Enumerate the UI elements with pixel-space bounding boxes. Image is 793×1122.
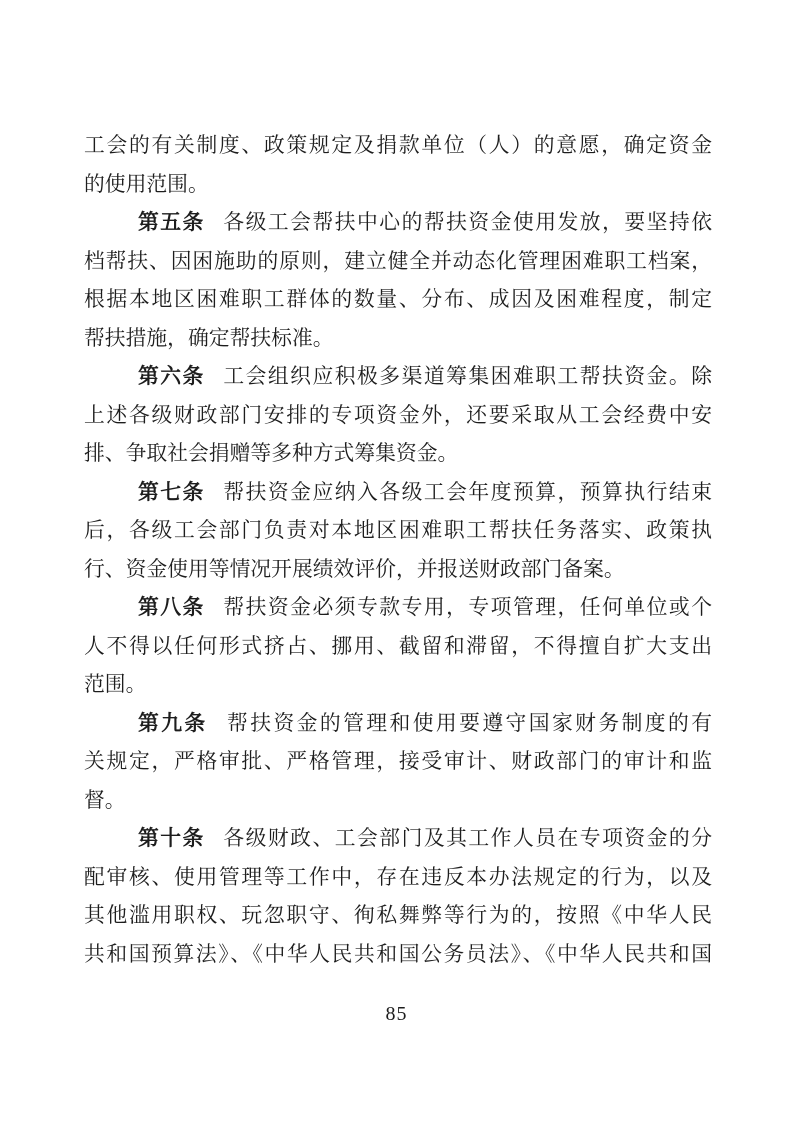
body-text: 帮扶资金必须专款专用，专项管理，任何单位或个 <box>222 596 712 619</box>
body-text: 督。 <box>84 789 126 812</box>
article-number: 第五条 <box>138 211 205 234</box>
body-text: 人不得以任何形式挤占、挪用、截留和滞留，不得擅自扩大支出 <box>84 635 712 658</box>
body-text: 各级财政、工会部门及其工作人员在专项资金的分 <box>222 827 712 850</box>
text-line: 人不得以任何形式挤占、挪用、截留和滞留，不得擅自扩大支出 <box>84 628 712 667</box>
text-line: 其他滥用职权、玩忽职守、徇私舞弊等行为的，按照《中华人民 <box>84 897 712 936</box>
body-text: 工会的有关制度、政策规定及捐款单位（人）的意愿，确定资金 <box>84 134 712 157</box>
body-text: 后，各级工会部门负责对本地区困难职工帮扶任务落实、政策执 <box>84 519 712 542</box>
text-line: 第六条工会组织应积极多渠道筹集困难职工帮扶资金。除 <box>84 358 712 397</box>
body-text: 其他滥用职权、玩忽职守、徇私舞弊等行为的，按照《中华人民 <box>84 904 712 927</box>
text-line: 范围。 <box>84 666 712 705</box>
text-line: 档帮扶、因困施助的原则，建立健全并动态化管理困难职工档案， <box>84 243 712 282</box>
text-line: 第八条帮扶资金必须专款专用，专项管理，任何单位或个 <box>84 589 712 628</box>
text-line: 督。 <box>84 782 712 821</box>
text-block: 工会的有关制度、政策规定及捐款单位（人）的意愿，确定资金的使用范围。第五条各级工… <box>84 127 712 974</box>
body-text: 排、争取社会捐赠等多种方式筹集资金。 <box>84 442 458 465</box>
body-text: 上述各级财政部门安排的专项资金外，还要采取从工会经费中安 <box>84 404 712 427</box>
text-line: 第十条各级财政、工会部门及其工作人员在专项资金的分 <box>84 820 712 859</box>
body-text: 共和国预算法》、《中华人民共和国公务员法》、《中华人民共和国 <box>84 943 712 966</box>
text-line: 排、争取社会捐赠等多种方式筹集资金。 <box>84 435 712 474</box>
text-line: 关规定，严格审批、严格管理，接受审计、财政部门的审计和监 <box>84 743 712 782</box>
text-line: 上述各级财政部门安排的专项资金外，还要采取从工会经费中安 <box>84 397 712 436</box>
text-line: 的使用范围。 <box>84 166 712 205</box>
article-number: 第六条 <box>138 365 205 388</box>
text-line: 帮扶措施，确定帮扶标准。 <box>84 320 712 359</box>
body-text: 档帮扶、因困施助的原则，建立健全并动态化管理困难职工档案， <box>84 250 712 273</box>
article-number: 第十条 <box>138 827 205 850</box>
body-text: 关规定，严格审批、严格管理，接受审计、财政部门的审计和监 <box>84 750 712 773</box>
body-text: 范围。 <box>84 673 146 696</box>
text-line: 共和国预算法》、《中华人民共和国公务员法》、《中华人民共和国 <box>84 936 712 975</box>
body-text: 各级工会帮扶中心的帮扶资金使用发放，要坚持依 <box>222 211 712 234</box>
document-page: 工会的有关制度、政策规定及捐款单位（人）的意愿，确定资金的使用范围。第五条各级工… <box>0 0 793 1122</box>
article-number: 第八条 <box>138 596 205 619</box>
body-text: 工会组织应积极多渠道筹集困难职工帮扶资金。除 <box>222 365 712 388</box>
article-number: 第九条 <box>138 712 208 735</box>
body-text: 帮扶资金的管理和使用要遵守国家财务制度的有 <box>225 712 712 735</box>
text-line: 配审核、使用管理等工作中，存在违反本办法规定的行为，以及 <box>84 859 712 898</box>
text-line: 行、资金使用等情况开展绩效评价，并报送财政部门备案。 <box>84 551 712 590</box>
body-text: 帮扶措施，确定帮扶标准。 <box>84 327 334 350</box>
page-number: 85 <box>0 1003 793 1026</box>
text-line: 第七条帮扶资金应纳入各级工会年度预算，预算执行结束 <box>84 474 712 513</box>
body-text: 行、资金使用等情况开展绩效评价，并报送财政部门备案。 <box>84 558 625 581</box>
body-text: 根据本地区困难职工群体的数量、分布、成因及困难程度，制定 <box>84 288 712 311</box>
text-line: 根据本地区困难职工群体的数量、分布、成因及困难程度，制定 <box>84 281 712 320</box>
text-line: 后，各级工会部门负责对本地区困难职工帮扶任务落实、政策执 <box>84 512 712 551</box>
body-text: 的使用范围。 <box>84 173 209 196</box>
body-text: 帮扶资金应纳入各级工会年度预算，预算执行结束 <box>222 481 712 504</box>
text-line: 工会的有关制度、政策规定及捐款单位（人）的意愿，确定资金 <box>84 127 712 166</box>
text-line: 第五条各级工会帮扶中心的帮扶资金使用发放，要坚持依 <box>84 204 712 243</box>
text-line: 第九条帮扶资金的管理和使用要遵守国家财务制度的有 <box>84 705 712 744</box>
article-number: 第七条 <box>138 481 205 504</box>
body-text: 配审核、使用管理等工作中，存在违反本办法规定的行为，以及 <box>84 866 712 889</box>
